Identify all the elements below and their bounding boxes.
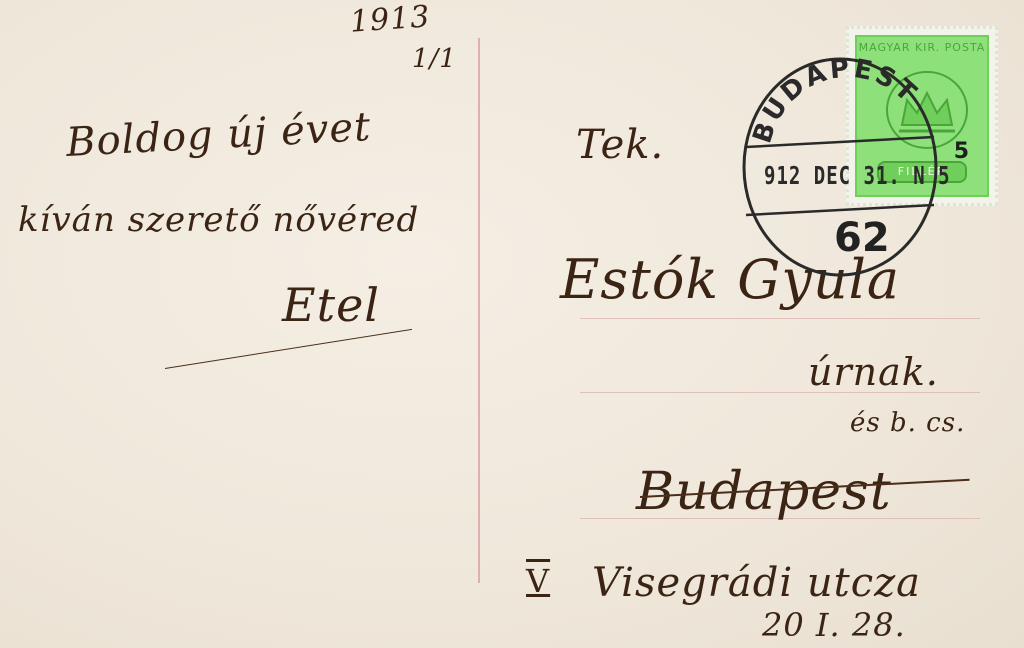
address-district: V — [526, 562, 550, 600]
signature-flourish — [165, 329, 412, 369]
svg-text:BUDAPEST: BUDAPEST — [747, 55, 923, 147]
postmark-city: BUDAPEST — [747, 55, 923, 147]
center-divider — [478, 38, 480, 583]
stamp-country-text: MAGYAR KIR. POSTA — [857, 41, 987, 54]
address-city: Budapest — [636, 462, 892, 522]
address-number: 20 I. 28. — [762, 606, 906, 644]
stamp-value: 5 — [954, 139, 969, 164]
postmark-date: 912 DEC 31. N 5 — [764, 162, 951, 191]
address-extra: és b. cs. — [850, 408, 965, 438]
address-salutation: Tek. — [576, 122, 664, 168]
postmark-office-number: 62 — [834, 215, 890, 261]
message-line-2: kíván szerető nővéred — [18, 200, 419, 240]
postcard: 1913 1/1 Boldog új évet kíván szerető nő… — [0, 0, 1024, 648]
signature: Etel — [282, 278, 380, 332]
address-street: Visegrádi utcza — [592, 560, 921, 606]
written-day-month: 1/1 — [412, 44, 457, 74]
message-line-1: Boldog új évet — [65, 104, 372, 166]
address-line-1 — [580, 318, 980, 319]
written-year: 1913 — [349, 0, 432, 40]
address-title: úrnak. — [808, 350, 939, 394]
